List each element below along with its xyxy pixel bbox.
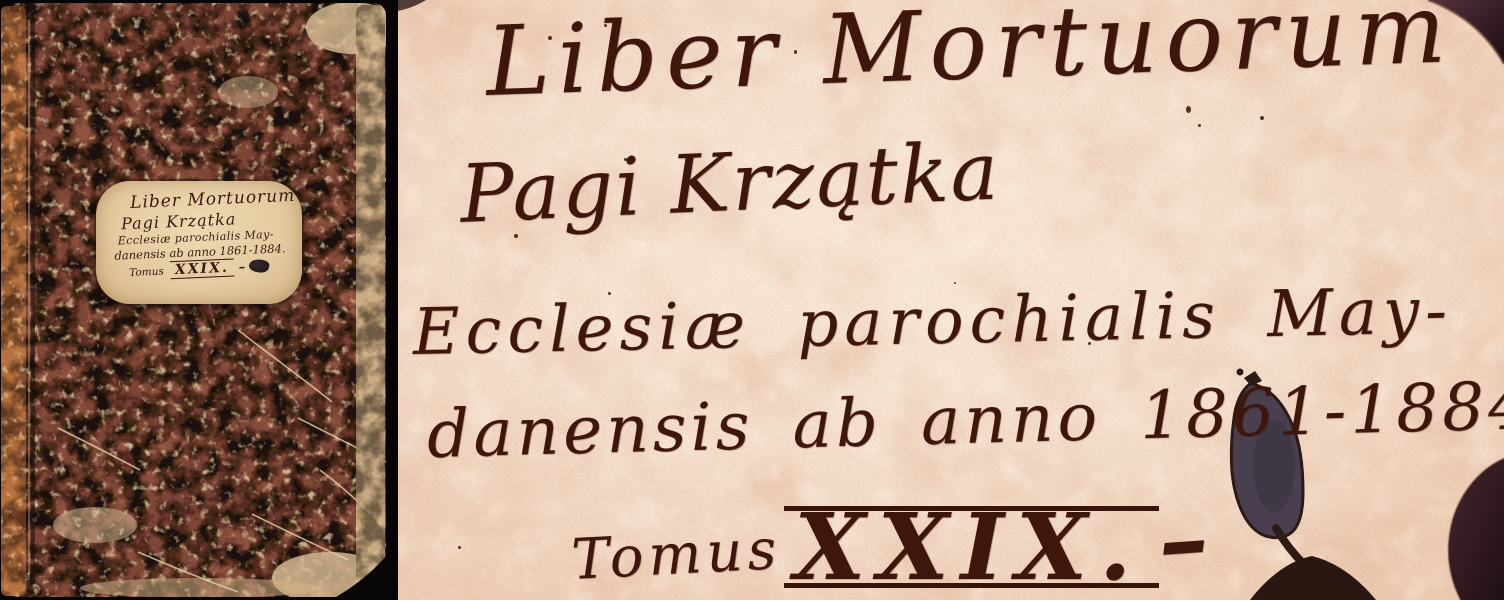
ink-speck <box>1198 124 1201 127</box>
label-dash: – <box>238 260 245 275</box>
cover-label-text: Liber Mortuorum Pagi Krzątka Ecclesiæ pa… <box>93 177 304 309</box>
ink-speck <box>514 234 518 238</box>
ink-speck <box>608 292 611 295</box>
ink-speck <box>548 36 552 40</box>
book-photo-panel: Liber Mortuorum Pagi Krzątka Ecclesiæ pa… <box>0 0 392 600</box>
ink-speck <box>1186 106 1191 113</box>
fore-edge-wear <box>356 5 385 596</box>
label-volume-numeral: XXIX. <box>169 259 234 280</box>
ink-speck <box>624 158 627 161</box>
ink-speck <box>1088 342 1091 345</box>
ink-speck <box>954 282 956 284</box>
ink-speck <box>1260 116 1264 120</box>
ink-speck <box>794 50 797 54</box>
ink-speck <box>458 546 461 549</box>
spine-frayed-edge <box>1 6 26 596</box>
label-ink-blot <box>248 258 270 275</box>
label-closeup-panel: Liber Mortuorum Pagi Krzątka Ecclesiæ pa… <box>398 0 1504 600</box>
cover-label: Liber Mortuorum Pagi Krzątka Ecclesiæ pa… <box>96 181 302 304</box>
inscription-dash: – <box>1154 479 1212 600</box>
ink-speck <box>604 24 607 27</box>
inscription-volume-numeral: XXIX. <box>784 506 1159 588</box>
inscription-tomus-word: Tomus <box>570 517 783 593</box>
label-tomus-word: Tomus <box>129 266 164 279</box>
archival-photo-composite: Liber Mortuorum Pagi Krzątka Ecclesiæ pa… <box>0 0 1504 600</box>
